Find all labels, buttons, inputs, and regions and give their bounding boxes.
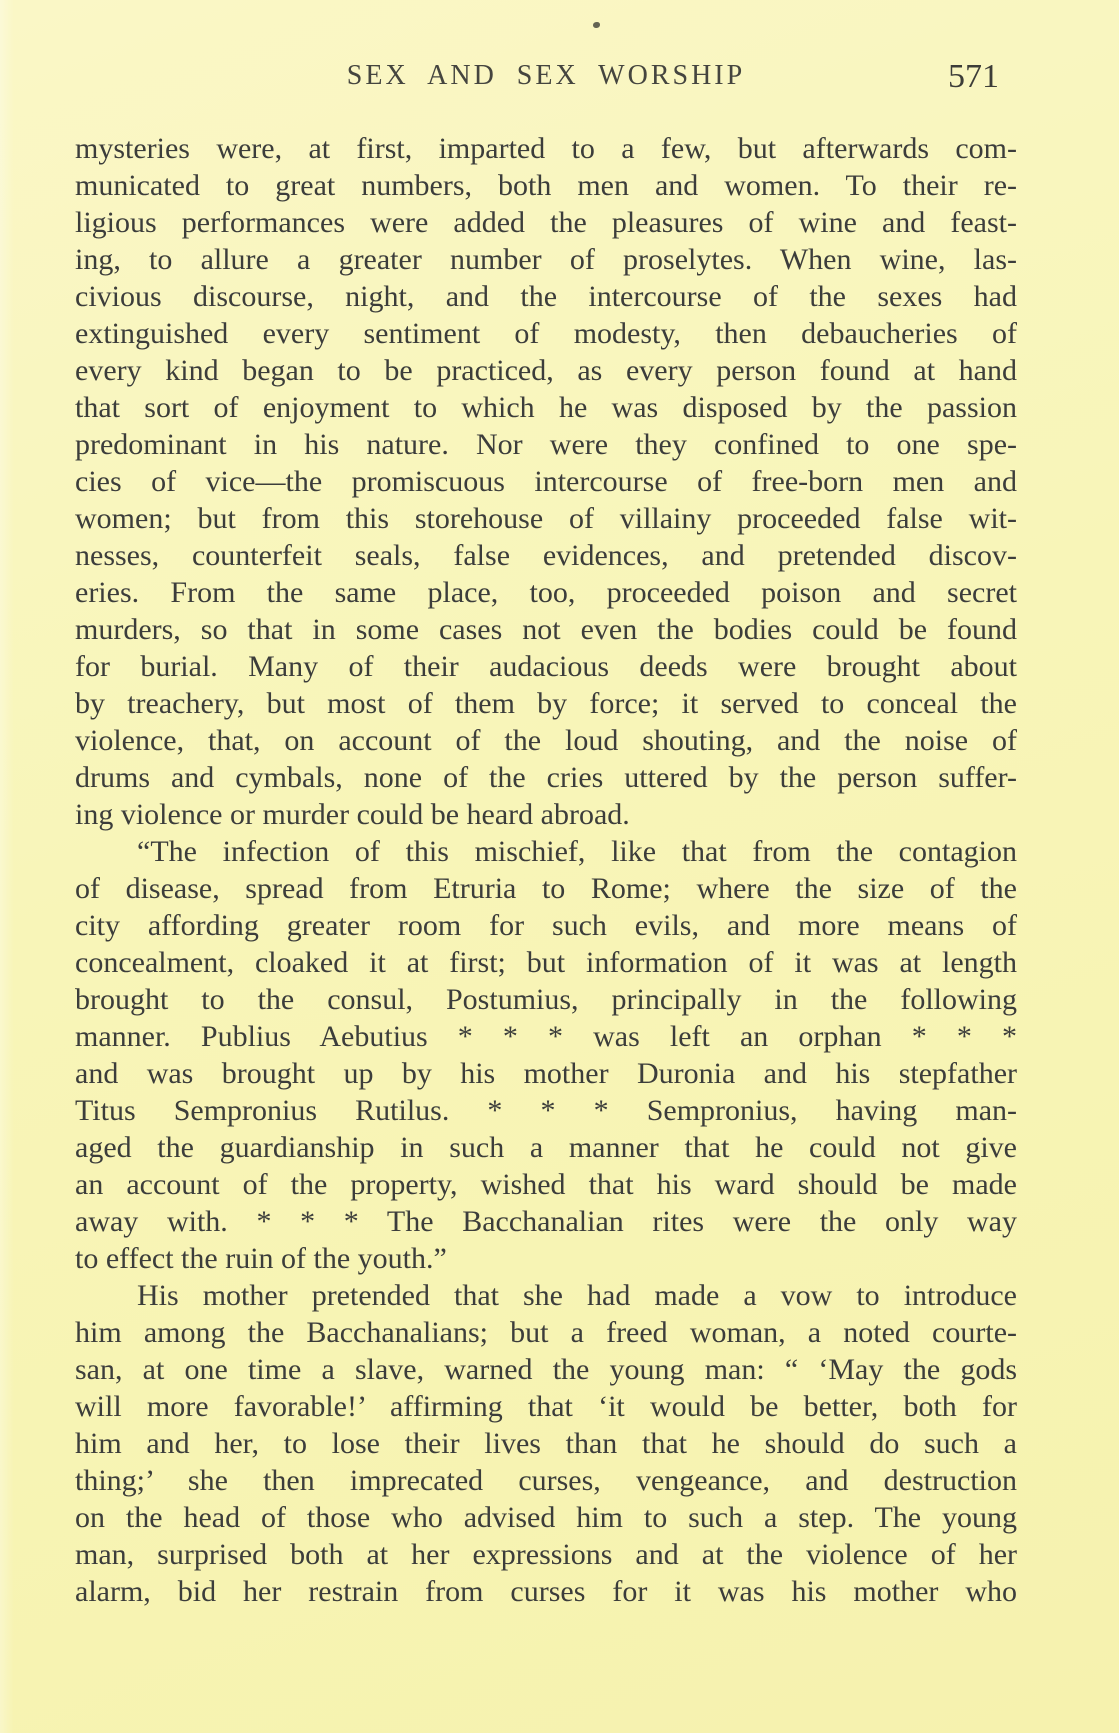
text-line: man, surprised both at her expressions a…: [75, 1536, 1017, 1573]
text-line: ing, to allure a greater number of prose…: [75, 241, 1017, 278]
page-number: 571: [948, 58, 999, 96]
ink-speck: [593, 22, 600, 28]
text-line: an account of the property, wished that …: [75, 1166, 1017, 1203]
text-line: violence, that, on account of the loud s…: [75, 722, 1017, 759]
text-line: away with. * * * The Bacchanalian rites …: [75, 1203, 1017, 1240]
text-line: civious discourse, night, and the interc…: [75, 278, 1017, 315]
text-line: mysteries were, at first, imparted to a …: [75, 130, 1017, 167]
text-line: predominant in his nature. Nor were they…: [75, 426, 1017, 463]
text-line: Titus Sempronius Rutilus. * * * Semproni…: [75, 1092, 1017, 1129]
text-line: city affording greater room for such evi…: [75, 907, 1017, 944]
text-line: His mother pretended that she had made a…: [75, 1277, 1017, 1314]
running-header: SEX AND SEX WORSHIP: [75, 60, 1017, 100]
text-line: and was brought up by his mother Duronia…: [75, 1055, 1017, 1092]
text-line: him among the Bacchanalians; but a freed…: [75, 1314, 1017, 1351]
text-line: manner. Publius Aebutius * * * was left …: [75, 1018, 1017, 1055]
text-block: mysteries were, at first, imparted to a …: [75, 130, 1017, 1610]
text-line: drums and cymbals, none of the cries utt…: [75, 759, 1017, 796]
text-line: cies of vice—the promiscuous intercourse…: [75, 463, 1017, 500]
text-line: aged the guardianship in such a manner t…: [75, 1129, 1017, 1166]
text-line: on the head of those who advised him to …: [75, 1499, 1017, 1536]
text-line: to effect the ruin of the youth.”: [75, 1240, 1017, 1277]
text-line: nesses, counterfeit seals, false evidenc…: [75, 537, 1017, 574]
text-line: concealment, cloaked it at first; but in…: [75, 944, 1017, 981]
text-line: for burial. Many of their audacious deed…: [75, 648, 1017, 685]
text-line: ligious performances were added the plea…: [75, 204, 1017, 241]
text-line: murders, so that in some cases not even …: [75, 611, 1017, 648]
page-title: SEX AND SEX WORSHIP: [75, 60, 1017, 92]
text-line: san, at one time a slave, warned the you…: [75, 1351, 1017, 1388]
text-line: alarm, bid her restrain from curses for …: [75, 1573, 1017, 1610]
text-line: every kind began to be practiced, as eve…: [75, 352, 1017, 389]
text-line: will more favorable!’ affirming that ‘it…: [75, 1388, 1017, 1425]
text-line: women; but from this storehouse of villa…: [75, 500, 1017, 537]
text-line: municated to great numbers, both men and…: [75, 167, 1017, 204]
text-line: of disease, spread from Etruria to Rome;…: [75, 870, 1017, 907]
text-line: thing;’ she then imprecated curses, veng…: [75, 1462, 1017, 1499]
text-line: extinguished every sentiment of modesty,…: [75, 315, 1017, 352]
book-page: SEX AND SEX WORSHIP 571 mysteries were, …: [0, 0, 1119, 1733]
text-line: him and her, to lose their lives than th…: [75, 1425, 1017, 1462]
text-line: eries. From the same place, too, proceed…: [75, 574, 1017, 611]
text-line: ing violence or murder could be heard ab…: [75, 796, 1017, 833]
text-line: that sort of enjoyment to which he was d…: [75, 389, 1017, 426]
text-line: by treachery, but most of them by force;…: [75, 685, 1017, 722]
text-line: brought to the consul, Postumius, princi…: [75, 981, 1017, 1018]
text-line: “The infection of this mischief, like th…: [75, 833, 1017, 870]
